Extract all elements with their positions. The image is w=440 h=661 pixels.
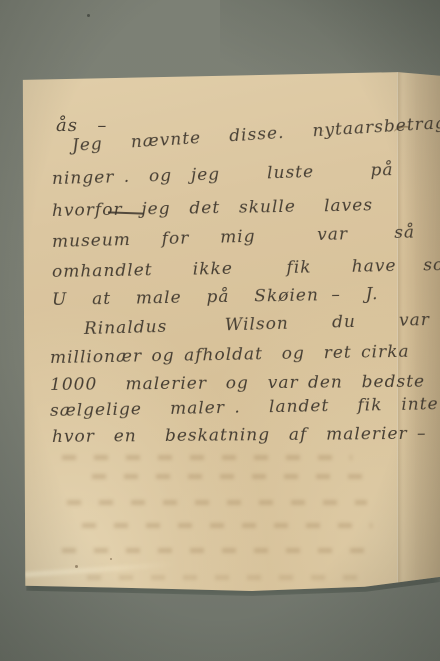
photo-vignette [0,0,440,661]
manuscript-photo: ås – Jeg nævnte disse. nytaarsbetragt- n… [0,0,440,661]
